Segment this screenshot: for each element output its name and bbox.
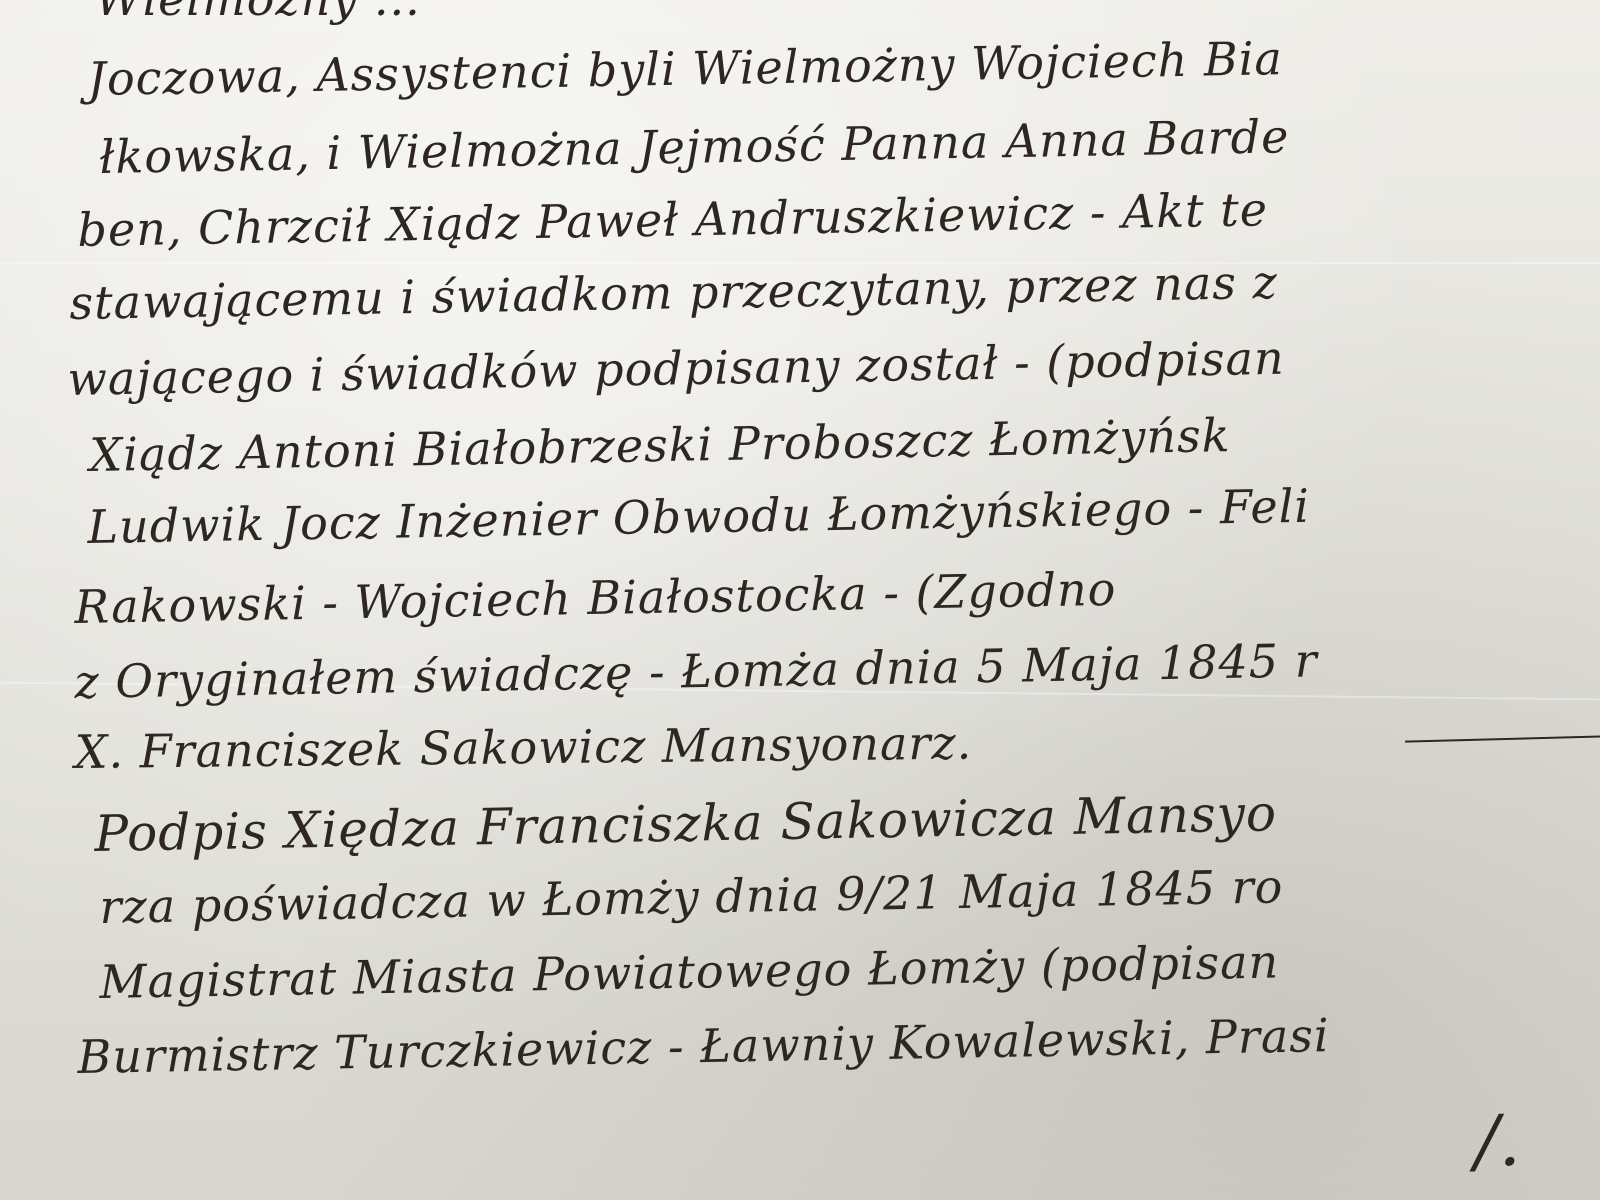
handwritten-line: rza poświadcza w Łomży dnia 9/21 Maja 18… (99, 859, 1284, 934)
trailing-mark: /. (1475, 1100, 1521, 1182)
handwritten-line: Rakowski - Wojciech Białostocka - (Zgodn… (74, 562, 1117, 634)
handwritten-line: Wielmożny ... (95, 0, 421, 26)
handwritten-line: wającego i świadków podpisany został - (… (67, 331, 1285, 406)
handwritten-line: Xiądz Antoni Białobrzeski Proboszcz Łomż… (89, 408, 1231, 482)
handwritten-line: Joczowa, Assystenci byli Wielmożny Wojci… (87, 31, 1283, 106)
document-page: Wielmożny ... Joczowa, Assystenci byli W… (0, 0, 1600, 1200)
handwritten-line: stawającemu i świadkom przeczytany, prze… (69, 255, 1278, 330)
handwritten-line: Podpis Xiędza Franciszka Sakowicza Mansy… (94, 784, 1277, 863)
handwritten-line: X. Franciszek Sakowicz Mansyonarz. (74, 716, 972, 779)
handwritten-line: Ludwik Jocz Inżenier Obwodu Łomżyńskiego… (87, 479, 1310, 554)
handwritten-line: ben, Chrzcił Xiądz Paweł Andruszkiewicz … (77, 182, 1268, 257)
handwritten-line: z Oryginałem świadczę - Łomża dnia 5 Maj… (74, 633, 1318, 709)
handwritten-line: Burmistrz Turczkiewicz - Ławniy Kowalews… (77, 1008, 1330, 1084)
handwritten-line: łkowska, i Wielmożna Jejmość Panna Anna … (99, 109, 1290, 184)
closing-rule (1405, 735, 1600, 742)
handwritten-line: Magistrat Miasta Powiatowego Łomży (podp… (99, 934, 1280, 1009)
